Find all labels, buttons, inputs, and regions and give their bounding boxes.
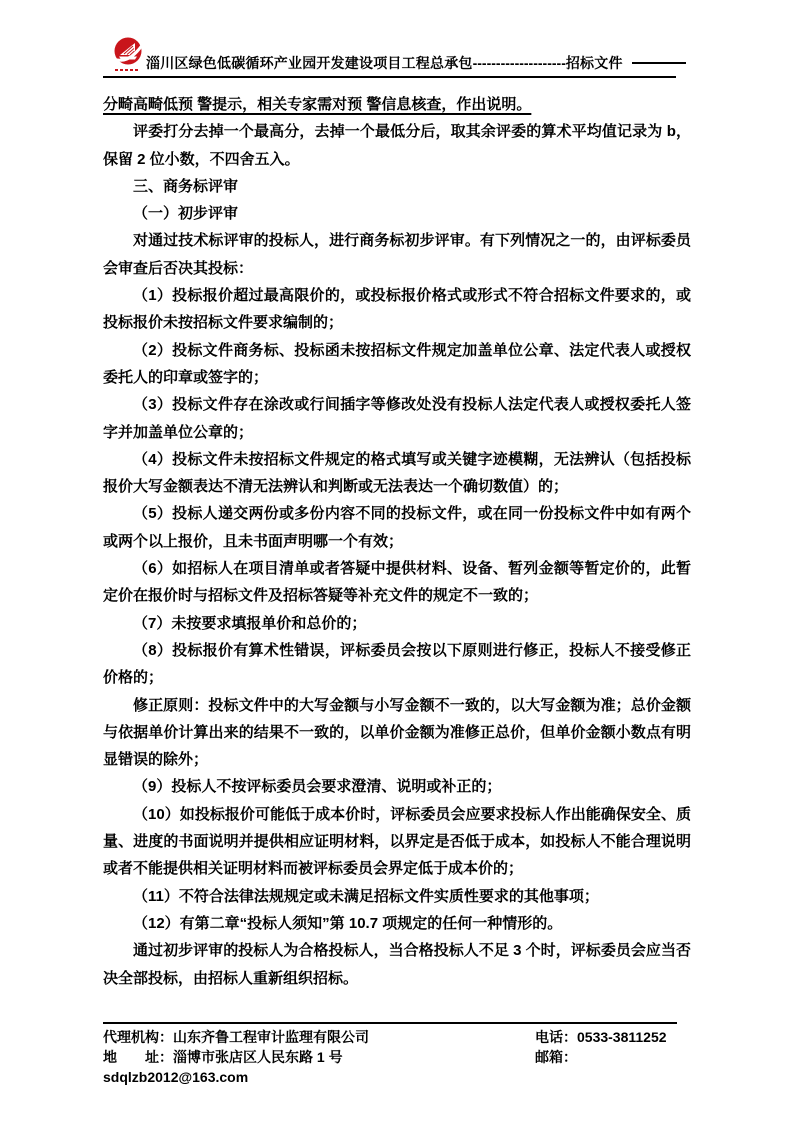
header-doc-type: 招标文件 [566, 55, 623, 71]
paragraph: 修正原则：投标文件中的大写金额与小写金额不一致的，以大写金额为准；总价金额与依据… [103, 692, 691, 774]
footer-row: 代理机构：山东齐鲁工程审计监理有限公司 电话：0533-3811252 [103, 1027, 677, 1047]
paragraph: （6）如招标人在项目清单或者答疑中提供材料、设备、暂列金额等暂定价的，此暂定价在… [103, 555, 691, 610]
paragraph: 评委打分去掉一个最高分，去掉一个最低分后，取其余评委的算术平均值记录为 b，保留… [103, 118, 691, 173]
page-header: 淄川区绿色低碳循环产业园开发建设项目工程总承包-----------------… [146, 53, 746, 73]
paragraph: （7）未按要求填报单价和总价的； [103, 610, 691, 637]
paragraph: （1）投标报价超过最高限价的，或投标报价格式或形式不符合招标文件要求的，或投标报… [103, 282, 691, 337]
paragraph: （12）有第二章“投标人须知”第 10.7 项规定的任何一种情形的。 [103, 910, 691, 937]
footer-row: 地 址：淄博市张店区人民东路 1 号 邮箱： [103, 1047, 677, 1067]
footer-email: sdqlzb2012@163.com [103, 1067, 535, 1087]
footer-phone: 电话：0533-3811252 [535, 1027, 677, 1047]
footer-row: sdqlzb2012@163.com [103, 1067, 677, 1087]
paragraph: （5）投标人递交两份或多份内容不同的投标文件，或在同一份投标文件中如有两个或两个… [103, 500, 691, 555]
paragraph: 三、商务标评审 [103, 173, 691, 200]
paragraph: （2）投标文件商务标、投标函未按招标文件规定加盖单位公章、法定代表人或授权委托人… [103, 337, 691, 392]
document-body: 分畸高畸低预 警提示，相关专家需对预 警信息核查，作出说明。评委打分去掉一个最高… [103, 91, 691, 992]
header-dashes: -------------------- [473, 55, 566, 71]
agency-logo-icon [111, 36, 145, 76]
page-footer: 代理机构：山东齐鲁工程审计监理有限公司 电话：0533-3811252 地 址：… [103, 1027, 677, 1087]
paragraph: （10）如投标报价可能低于成本价时，评标委员会应要求投标人作出能确保安全、质量、… [103, 801, 691, 883]
paragraph: （3）投标文件存在涂改或行间插字等修改处没有投标人法定代表人或授权委托人签字并加… [103, 391, 691, 446]
paragraph: （8）投标报价有算术性错误，评标委员会按以下原则进行修正，投标人不接受修正价格的… [103, 637, 691, 692]
paragraph: （一）初步评审 [103, 200, 691, 227]
paragraph: 通过初步评审的投标人为合格投标人，当合格投标人不足 3 个时，评标委员会应当否决… [103, 937, 691, 992]
header-short-rule [632, 62, 686, 64]
paragraph: 分畸高畸低预 警提示，相关专家需对预 警信息核查，作出说明。 [103, 91, 691, 118]
footer-address: 地 址：淄博市张店区人民东路 1 号 [103, 1047, 535, 1067]
footer-mailbox-label: 邮箱： [535, 1047, 677, 1067]
paragraph: （4）投标文件未按招标文件规定的格式填写或关键字迹模糊，无法辨认（包括投标报价大… [103, 446, 691, 501]
footer-rule [103, 1022, 677, 1024]
footer-agency: 代理机构：山东齐鲁工程审计监理有限公司 [103, 1027, 535, 1047]
document-page: 淄川区绿色低碳循环产业园开发建设项目工程总承包-----------------… [0, 0, 793, 1121]
paragraph: （9）投标人不按评标委员会要求澄清、说明或补正的； [103, 773, 691, 800]
header-rule [103, 76, 676, 78]
paragraph: （11）不符合法律法规规定或未满足招标文件实质性要求的其他事项； [103, 883, 691, 910]
paragraph: 对通过技术标评审的投标人，进行商务标初步评审。有下列情况之一的，由评标委员会审查… [103, 227, 691, 282]
header-project-name: 淄川区绿色低碳循环产业园开发建设项目工程总承包 [146, 55, 473, 71]
